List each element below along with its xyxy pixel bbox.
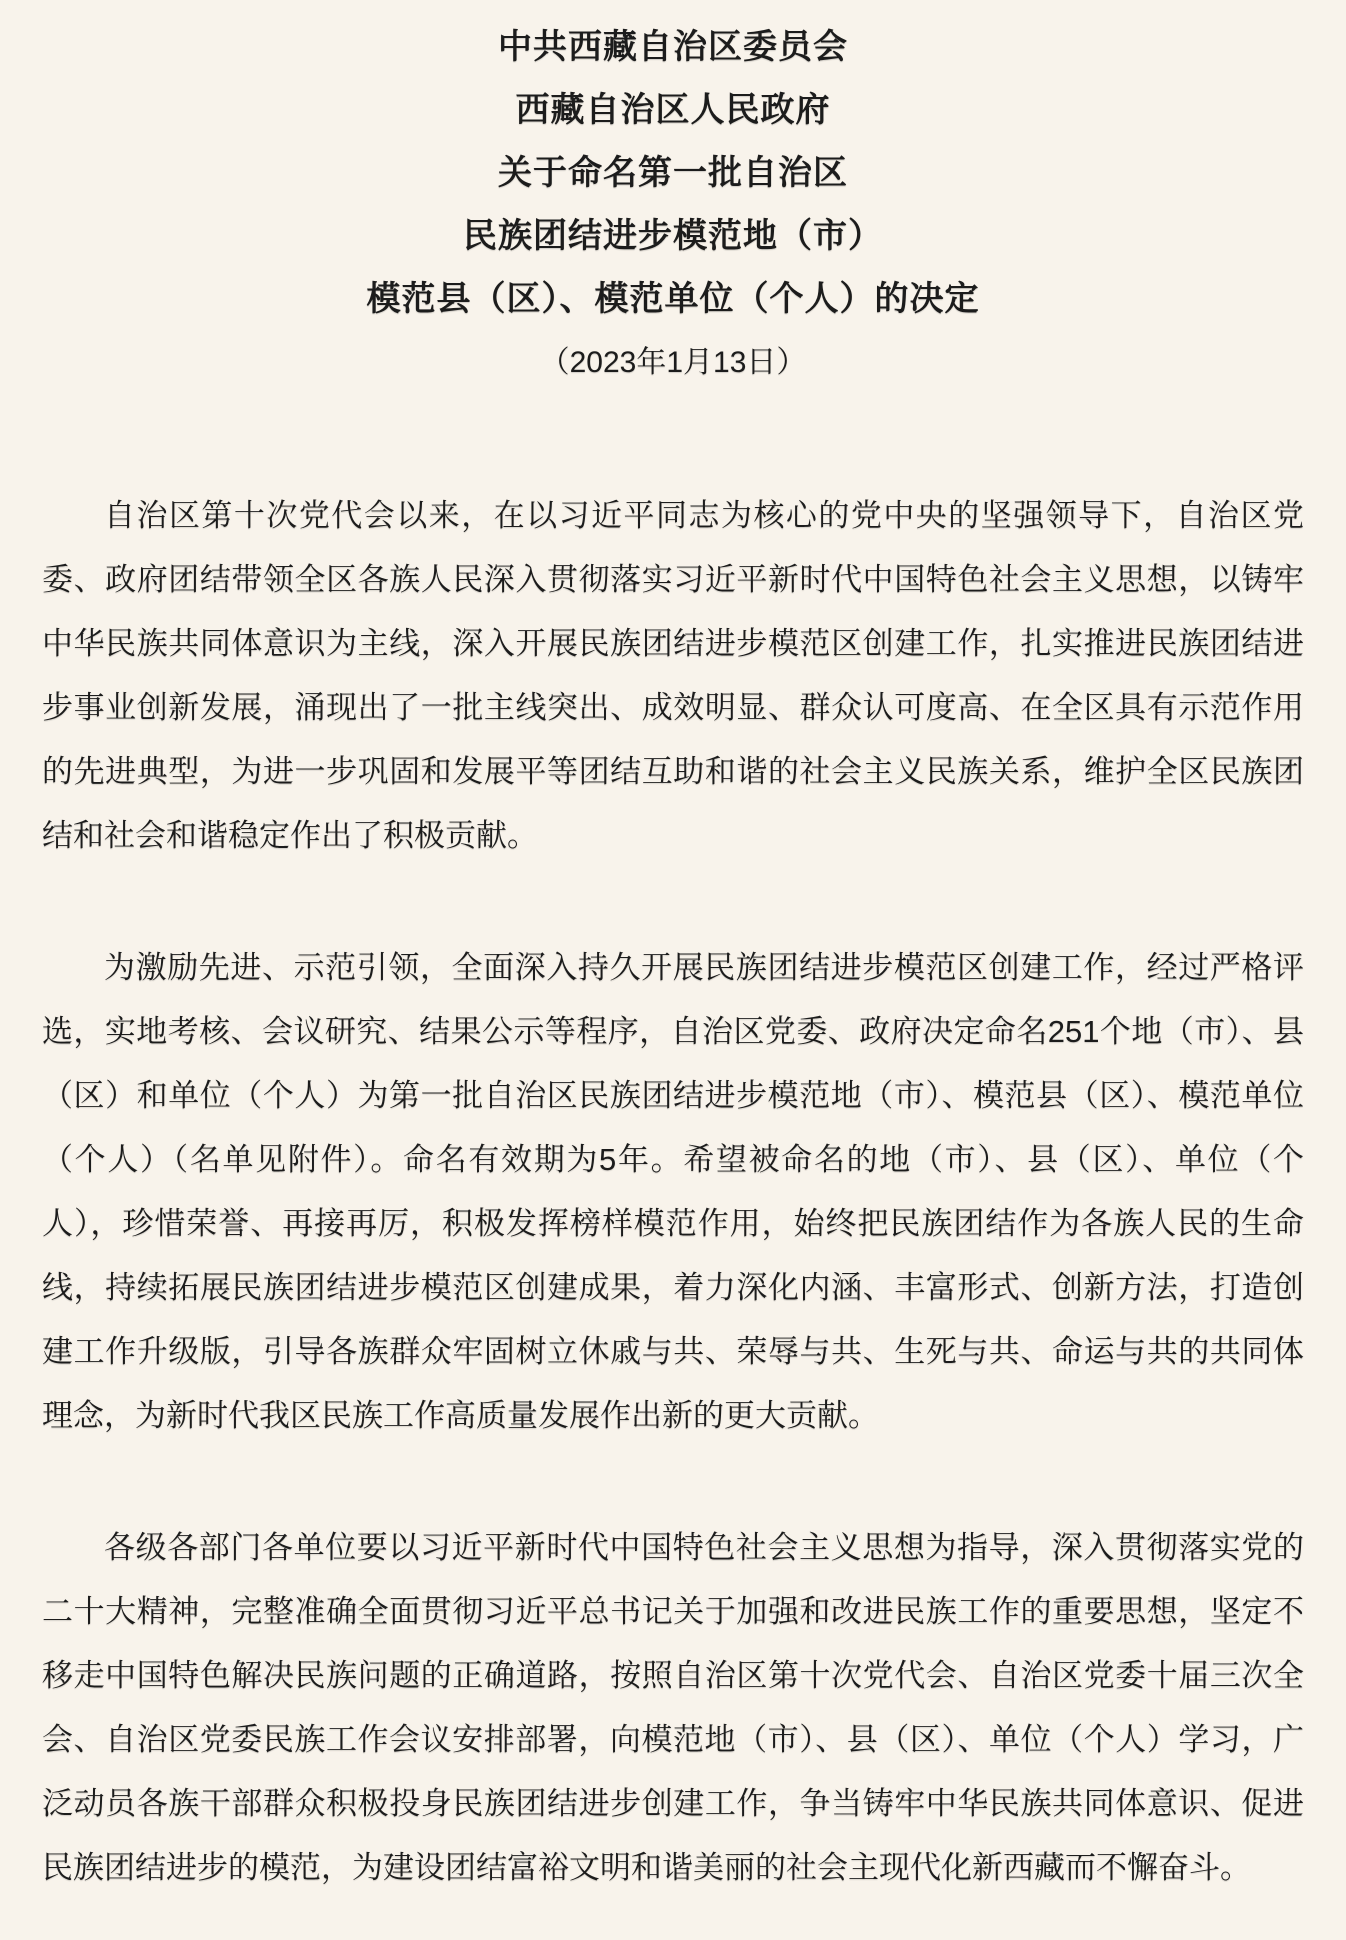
document-date: （2023年1月13日） xyxy=(42,331,1304,394)
body-paragraph-1: 自治区第十次党代会以来，在以习近平同志为核心的党中央的坚强领导下，自治区党委、政… xyxy=(42,484,1304,868)
document-title-line-4: 民族团结进步模范地（市） xyxy=(42,205,1304,268)
body-paragraph-3: 各级各部门各单位要以习近平新时代中国特色社会主义思想为指导，深入贯彻落实党的二十… xyxy=(42,1516,1304,1900)
document-header: 中共西藏自治区委员会 西藏自治区人民政府 关于命名第一批自治区 民族团结进步模范… xyxy=(42,16,1304,394)
document-page: 中共西藏自治区委员会 西藏自治区人民政府 关于命名第一批自治区 民族团结进步模范… xyxy=(0,0,1346,1940)
document-body: 自治区第十次党代会以来，在以习近平同志为核心的党中央的坚强领导下，自治区党委、政… xyxy=(42,484,1304,1900)
document-title-line-3: 关于命名第一批自治区 xyxy=(42,142,1304,205)
document-title-line-1: 中共西藏自治区委员会 xyxy=(42,16,1304,79)
document-title-line-2: 西藏自治区人民政府 xyxy=(42,79,1304,142)
document-title-line-5: 模范县（区）、模范单位（个人）的决定 xyxy=(42,268,1304,331)
body-paragraph-2: 为激励先进、示范引领，全面深入持久开展民族团结进步模范区创建工作，经过严格评选，… xyxy=(42,936,1304,1448)
